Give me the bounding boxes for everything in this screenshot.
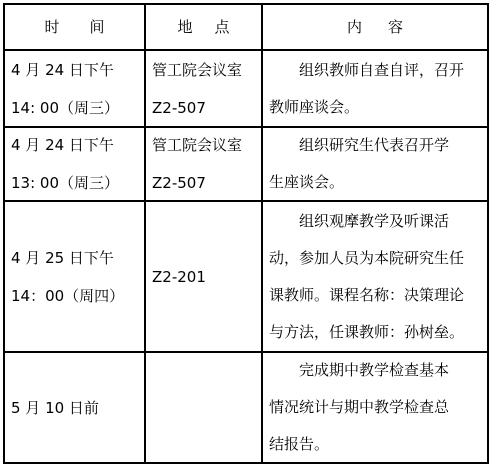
time-text: 14: 00（周三） xyxy=(11,89,144,127)
row2-content: 组织研究生代表召开学 生座谈会。 xyxy=(263,128,487,200)
header-text: 点 xyxy=(215,14,230,40)
place-text: Z2-507 xyxy=(152,164,261,202)
content-text: 组织教师自查自评，召开 xyxy=(269,52,483,89)
header-text: 间 xyxy=(90,14,105,40)
schedule-table: 时间 地点 内容 4 月 24 日下午 14: 00（周三） 管工院会议室 Z2… xyxy=(3,3,489,464)
content-text: 课教师。课程名称：决策理论 xyxy=(269,277,483,314)
time-text: 4 月 25 日下午 xyxy=(11,239,144,277)
time-text: 5 月 10 日前 xyxy=(11,389,144,427)
content-text: 情况统计与期中教学检查总 xyxy=(269,389,483,426)
table-border-right xyxy=(487,3,489,464)
row3-place: Z2-201 xyxy=(146,202,261,351)
content-text: 与方法，任课教师：孙树垒。 xyxy=(269,314,483,351)
row1-content: 组织教师自查自评，召开 教师座谈会。 xyxy=(263,51,487,126)
content-text: 结报告。 xyxy=(269,426,483,463)
row4-content: 完成期中教学检查基本 情况统计与期中教学检查总 结报告。 xyxy=(263,353,487,462)
header-text: 时 xyxy=(44,14,59,40)
header-text: 地 xyxy=(177,14,192,40)
time-text: 13: 00（周三） xyxy=(11,164,144,202)
header-content: 内容 xyxy=(263,5,487,49)
content-text: 完成期中教学检查基本 xyxy=(269,352,483,389)
place-text: 管工院会议室 xyxy=(152,51,261,89)
content-text: 教师座谈会。 xyxy=(269,89,483,126)
header-text: 容 xyxy=(388,14,403,40)
row4-place xyxy=(146,353,261,462)
row2-time: 4 月 24 日下午 13: 00（周三） xyxy=(5,128,144,200)
header-place: 地点 xyxy=(146,5,261,49)
row3-time: 4 月 25 日下午 14：00（周四） xyxy=(5,202,144,351)
row1-time: 4 月 24 日下午 14: 00（周三） xyxy=(5,51,144,126)
place-text: Z2-201 xyxy=(152,258,261,296)
header-time: 时间 xyxy=(5,5,144,49)
row2-place: 管工院会议室 Z2-507 xyxy=(146,128,261,200)
time-text: 4 月 24 日下午 xyxy=(11,126,144,164)
content-text: 动，参加人员为本院研究生任 xyxy=(269,240,483,277)
time-text: 4 月 24 日下午 xyxy=(11,51,144,89)
row4-time: 5 月 10 日前 xyxy=(5,353,144,462)
place-text: Z2-507 xyxy=(152,89,261,127)
place-text: 管工院会议室 xyxy=(152,126,261,164)
time-text: 14：00（周四） xyxy=(11,277,144,315)
row1-place: 管工院会议室 Z2-507 xyxy=(146,51,261,126)
header-text: 内 xyxy=(347,14,362,40)
content-text: 组织观摩教学及听课活 xyxy=(269,203,483,240)
content-text: 生座谈会。 xyxy=(269,164,483,201)
row3-content: 组织观摩教学及听课活 动，参加人员为本院研究生任 课教师。课程名称：决策理论 与… xyxy=(263,202,487,351)
content-text: 组织研究生代表召开学 xyxy=(269,127,483,164)
